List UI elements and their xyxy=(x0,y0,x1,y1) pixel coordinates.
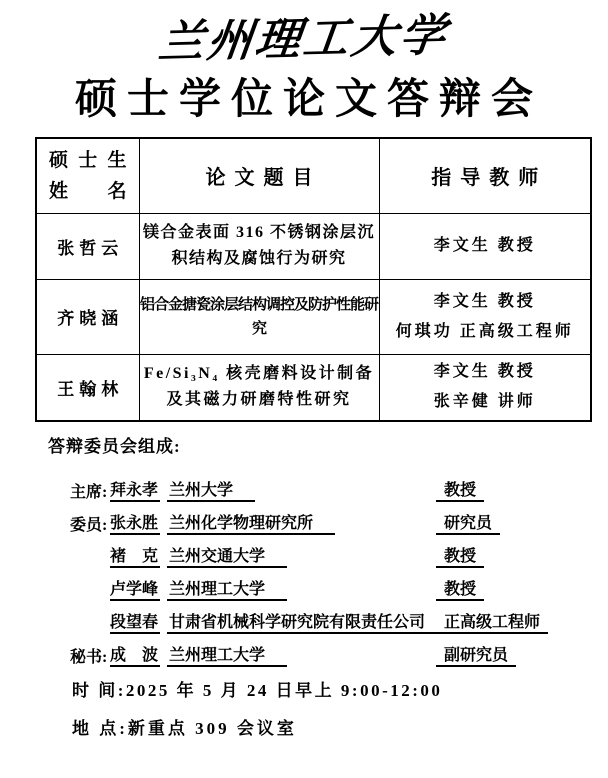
defense-table: 硕士生 姓名 论文题目 指导教师 张哲云 镁合金表面 316 不锈钢涂层沉积结构… xyxy=(35,137,592,422)
committee-member-title: 研究员 xyxy=(436,510,500,535)
header-student-line1: 硕士生 xyxy=(49,145,127,176)
committee-member-affiliation: 兰州大学 xyxy=(167,477,255,502)
header-student-name-cell: 硕士生 姓名 xyxy=(36,138,139,213)
defense-location: 地 点:新重点 309 会议室 xyxy=(72,714,297,739)
supervisor-cell: 李文生 教授 xyxy=(379,213,591,279)
committee-member-title: 教授 xyxy=(436,576,484,601)
document-page: 兰州理工大学 硕士学位论文答辩会 硕士生 姓名 论文题目 指导教师 张哲云 镁合… xyxy=(0,0,608,778)
supervisor-line: 李文生 教授 xyxy=(381,287,590,317)
student-name-cell: 张哲云 xyxy=(36,213,139,279)
header-student-line2: 姓名 xyxy=(49,176,127,207)
committee-role-label: 主席: xyxy=(70,479,110,502)
university-logo-wrap: 兰州理工大学 xyxy=(0,2,608,67)
committee-row-member: 褚 克 兰州交通大学 教授 xyxy=(70,535,590,568)
committee-row-member: 卢学峰 兰州理工大学 教授 xyxy=(70,568,590,601)
table-row: 齐晓涵 铝合金搪瓷涂层结构调控及防护性能研究 李文生 教授 何琪功 正高级工程师 xyxy=(36,279,591,354)
committee-row-member: 段望春 甘肃省机械科学研究院有限责任公司 正高级工程师 xyxy=(70,601,590,634)
table-row: 张哲云 镁合金表面 316 不锈钢涂层沉积结构及腐蚀行为研究 李文生 教授 xyxy=(36,213,591,279)
committee-row-chair: 主席: 拜永孝 兰州大学 教授 xyxy=(70,469,590,502)
committee-member-affiliation: 甘肃省机械科学研究院有限责任公司 xyxy=(167,609,447,634)
committee-member-affiliation: 兰州理工大学 xyxy=(167,642,287,667)
supervisor-line: 何琪功 正高级工程师 xyxy=(381,317,590,347)
student-name-cell: 齐晓涵 xyxy=(36,279,139,354)
committee-member-affiliation: 兰州理工大学 xyxy=(167,576,287,601)
supervisor-line: 张辛健 讲师 xyxy=(381,387,590,417)
committee-member-name: 张永胜 xyxy=(110,510,160,535)
committee-heading: 答辩委员会组成: xyxy=(48,432,181,457)
thesis-title-cell: 镁合金表面 316 不锈钢涂层沉积结构及腐蚀行为研究 xyxy=(139,213,379,279)
committee-role-label: 秘书: xyxy=(70,644,110,667)
committee-member-affiliation: 兰州化学物理研究所 xyxy=(167,510,335,535)
supervisor-line: 李文生 教授 xyxy=(381,357,590,387)
committee-member-title: 教授 xyxy=(436,543,484,568)
committee-row-member: 委员: 张永胜 兰州化学物理研究所 研究员 xyxy=(70,502,590,535)
student-name-cell: 王翰林 xyxy=(36,354,139,421)
header-thesis-cell: 论文题目 xyxy=(139,138,379,213)
defense-time: 时 间:2025 年 5 月 24 日早上 9:00-12:00 xyxy=(72,676,442,701)
committee-member-name: 成 波 xyxy=(110,642,160,667)
committee-member-title: 正高级工程师 xyxy=(436,609,548,634)
committee-list: 主席: 拜永孝 兰州大学 教授 委员: 张永胜 兰州化学物理研究所 研究员 褚 … xyxy=(70,469,590,667)
supervisor-cell: 李文生 教授 何琪功 正高级工程师 xyxy=(379,279,591,354)
committee-member-name: 拜永孝 xyxy=(110,477,160,502)
committee-member-name: 卢学峰 xyxy=(110,576,160,601)
committee-role-label: 委员: xyxy=(70,512,110,535)
thesis-title-cell: 铝合金搪瓷涂层结构调控及防护性能研究 xyxy=(139,279,379,354)
committee-member-title: 教授 xyxy=(436,477,484,502)
page-title: 硕士学位论文答辩会 xyxy=(0,66,608,126)
committee-member-affiliation: 兰州交通大学 xyxy=(167,543,287,568)
committee-row-secretary: 秘书: 成 波 兰州理工大学 副研究员 xyxy=(70,634,590,667)
committee-member-name: 褚 克 xyxy=(110,543,160,568)
committee-member-title: 副研究员 xyxy=(436,642,516,667)
supervisor-line: 李文生 教授 xyxy=(381,231,590,261)
university-logo-calligraphy: 兰州理工大学 xyxy=(156,0,452,71)
supervisor-cell: 李文生 教授 张辛健 讲师 xyxy=(379,354,591,421)
committee-member-name: 段望春 xyxy=(110,609,160,634)
table-row: 王翰林 Fe/Si₃N₄ 核壳磨料设计制备及其磁力研磨特性研究 李文生 教授 张… xyxy=(36,354,591,421)
header-supervisor-cell: 指导教师 xyxy=(379,138,591,213)
thesis-title-cell: Fe/Si₃N₄ 核壳磨料设计制备及其磁力研磨特性研究 xyxy=(139,354,379,421)
table-header-row: 硕士生 姓名 论文题目 指导教师 xyxy=(36,138,591,213)
